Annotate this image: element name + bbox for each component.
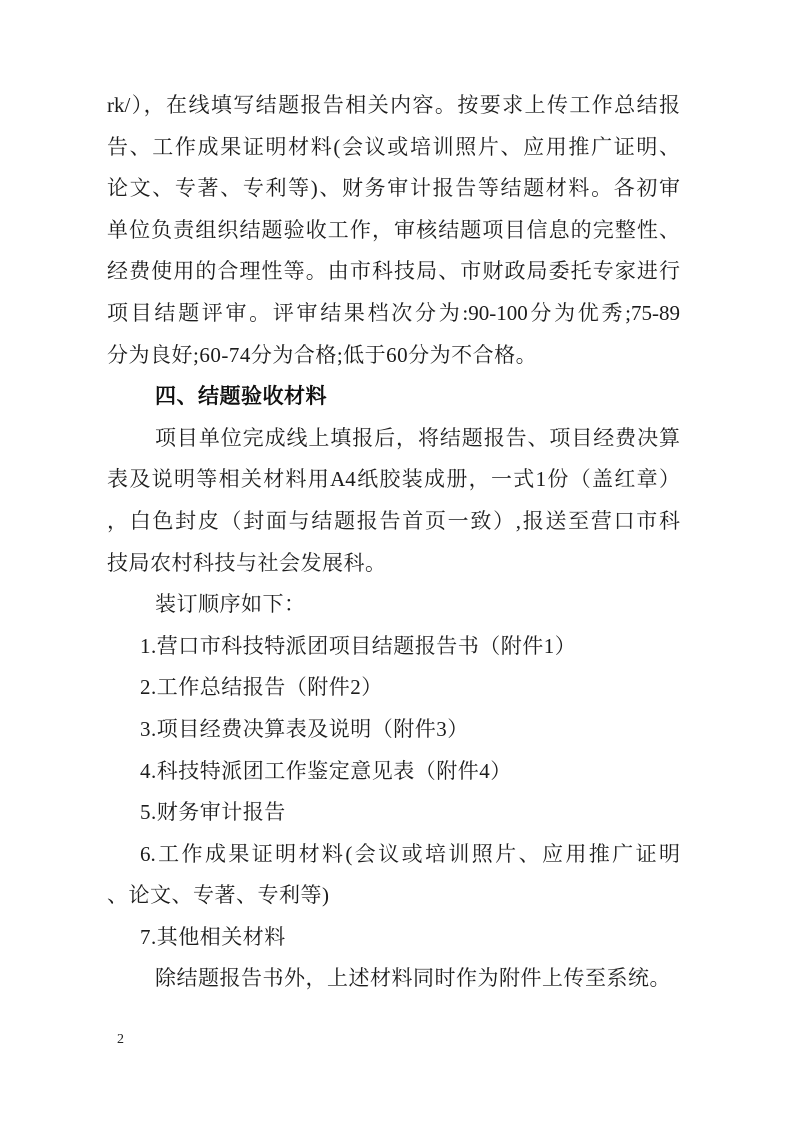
- text-line: 项目单位完成线上填报后，将结题报告、项目经费决算: [107, 418, 680, 460]
- text-line: 除结题报告书外，上述材料同时作为附件上传至系统。: [107, 958, 680, 1000]
- text-line: 告、工作成果证明材料(会议或培训照片、应用推广证明、: [107, 127, 680, 169]
- text-line: 表及说明等相关材料用A4纸胶装成册，一式1份（盖红章）: [107, 459, 680, 501]
- text-line: 论文、专著、专利等)、财务审计报告等结题材料。各初审: [107, 168, 680, 210]
- section-heading: 四、结题验收材料: [107, 376, 680, 418]
- text-line: 、论文、专著、专利等): [107, 875, 680, 917]
- text-line: 7.其他相关材料: [107, 917, 680, 959]
- text-line: 装订顺序如下：: [107, 584, 680, 626]
- document-page: rk/），在线填写结题报告相关内容。按要求上传工作总结报告、工作成果证明材料(会…: [0, 0, 794, 1123]
- text-line: 单位负责组织结题验收工作，审核结题项目信息的完整性、: [107, 210, 680, 252]
- text-line: 1.营口市科技特派团项目结题报告书（附件1）: [107, 626, 680, 668]
- text-line: 4.科技特派团工作鉴定意见表（附件4）: [107, 751, 680, 793]
- text-line: 6.工作成果证明材料(会议或培训照片、应用推广证明: [107, 834, 680, 876]
- text-line: 5.财务审计报告: [107, 792, 680, 834]
- text-line: 分为良好;60-74分为合格;低于60分为不合格。: [107, 335, 680, 377]
- text-line: 经费使用的合理性等。由市科技局、市财政局委托专家进行: [107, 251, 680, 293]
- document-text: rk/），在线填写结题报告相关内容。按要求上传工作总结报告、工作成果证明材料(会…: [107, 85, 680, 1000]
- text-line: 项目结题评审。评审结果档次分为:90-100分为优秀;75-89: [107, 293, 680, 335]
- text-line: rk/），在线填写结题报告相关内容。按要求上传工作总结报: [107, 85, 680, 127]
- page-number: 2: [117, 1031, 124, 1049]
- text-line: 3.项目经费决算表及说明（附件3）: [107, 709, 680, 751]
- text-line: 2.工作总结报告（附件2）: [107, 667, 680, 709]
- text-line: 技局农村科技与社会发展科。: [107, 543, 680, 585]
- text-line: ，白色封皮（封面与结题报告首页一致）,报送至营口市科: [107, 501, 680, 543]
